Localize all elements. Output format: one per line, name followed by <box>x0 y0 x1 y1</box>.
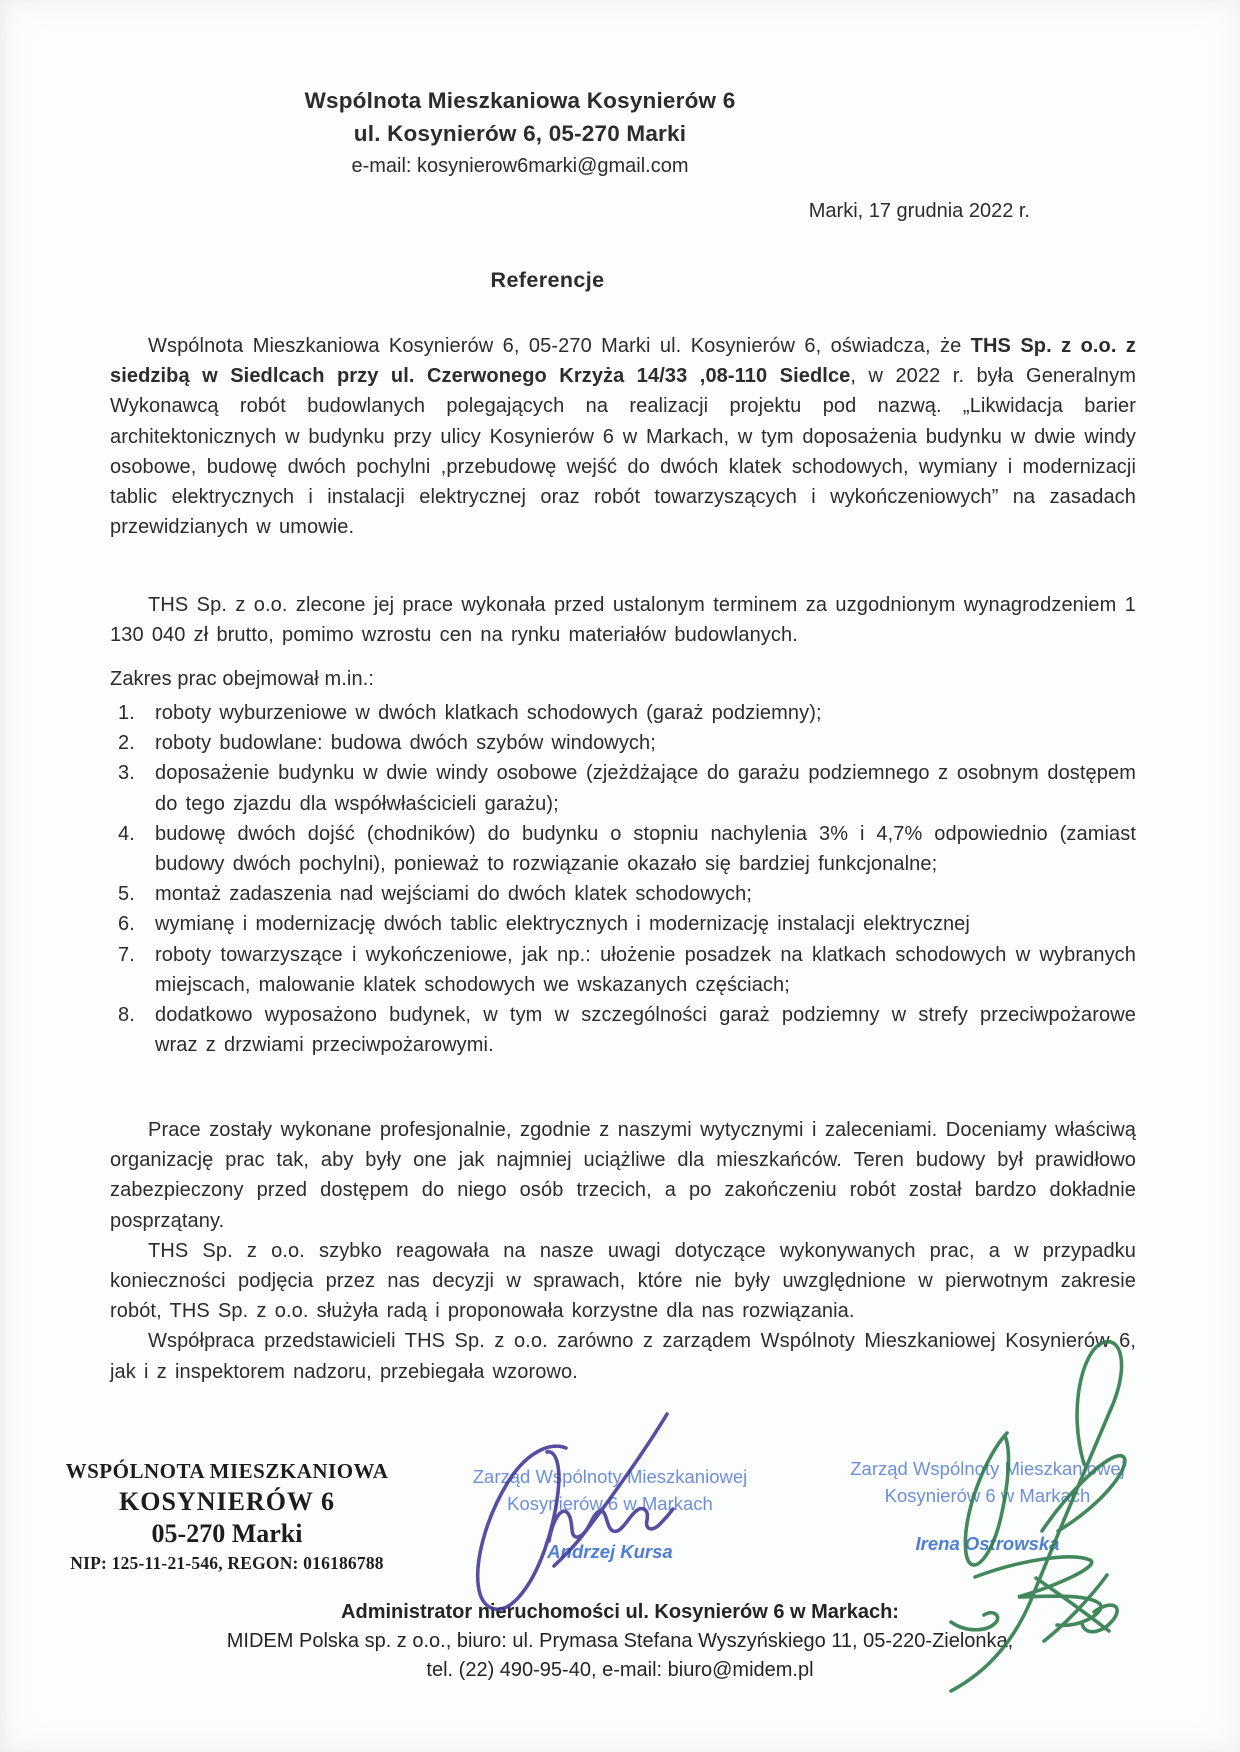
list-item-text: montaż zadaszenia nad wejściami do dwóch… <box>155 883 752 905</box>
administrator-block: Administrator nieruchomości ul. Kosynier… <box>0 1598 1240 1685</box>
list-item: 3.doposażenie budynku w dwie windy osobo… <box>110 758 1136 818</box>
administrator-company-address: MIDEM Polska sp. z o.o., biuro: ul. Prym… <box>0 1627 1240 1656</box>
community-stamp-nip-regon: NIP: 125-11-21-546, REGON: 016186788 <box>42 1550 412 1577</box>
board-member-name-irena-ostrowska: Irena Ostrowska <box>815 1530 1160 1557</box>
list-item: 4.budowę dwóch dojść (chodników) do budy… <box>110 819 1136 879</box>
board-stamp-left-line1: Zarząd Wspólnoty Mieszkaniowej <box>440 1463 780 1490</box>
document-title: Referencje <box>110 268 985 293</box>
list-item-number: 2. <box>118 728 135 758</box>
board-stamp-left-line2: Kosynierów 6 w Markach <box>440 1490 780 1517</box>
list-item-number: 1. <box>118 698 135 728</box>
administrator-heading: Administrator nieruchomości ul. Kosynier… <box>0 1598 1240 1627</box>
list-item-number: 8. <box>118 1000 135 1030</box>
board-stamp-right: Zarząd Wspólnoty Mieszkaniowej Kosynieró… <box>815 1455 1160 1557</box>
list-item: 1.roboty wyburzeniowe w dwóch klatkach s… <box>110 698 1136 728</box>
list-item: 5.montaż zadaszenia nad wejściami do dwó… <box>110 879 1136 909</box>
list-item-text: doposażenie budynku w dwie windy osobowe… <box>155 762 1136 814</box>
list-item-text: wymianę i modernizację dwóch tablic elek… <box>155 913 970 935</box>
list-item-number: 5. <box>118 879 135 909</box>
closing-paragraph-responsiveness: THS Sp. z o.o. szybko reagowała na nasze… <box>110 1236 1136 1327</box>
scope-list: 1.roboty wyburzeniowe w dwóch klatkach s… <box>110 698 1136 1060</box>
community-stamp: WSPÓLNOTA MIESZKANIOWA KOSYNIERÓW 6 05-2… <box>42 1456 412 1577</box>
list-item-text: roboty towarzyszące i wykończeniowe, jak… <box>155 944 1136 996</box>
list-item-number: 6. <box>118 909 135 939</box>
closing-paragraphs: Prace zostały wykonane profesjonalnie, z… <box>110 1115 1136 1387</box>
list-item-text: roboty budowlane: budowa dwóch szybów wi… <box>155 732 656 754</box>
community-stamp-city: 05-270 Marki <box>42 1518 412 1550</box>
list-item: 2.roboty budowlane: budowa dwóch szybów … <box>110 728 1136 758</box>
board-member-name-andrzej-kursa: Andrzej Kursa <box>440 1538 780 1565</box>
intro-text-post: , w 2022 r. była Generalnym Wykonawcą ro… <box>110 365 1136 538</box>
reference-letter-page: Wspólnota Mieszkaniowa Kosynierów 6 ul. … <box>0 0 1240 1752</box>
community-stamp-org: WSPÓLNOTA MIESZKANIOWA <box>42 1456 412 1486</box>
letterhead-org-name: Wspólnota Mieszkaniowa Kosynierów 6 <box>150 84 890 117</box>
letterhead: Wspólnota Mieszkaniowa Kosynierów 6 ul. … <box>150 84 890 182</box>
list-item-number: 3. <box>118 758 135 788</box>
list-item-number: 4. <box>118 819 135 849</box>
list-item: 8.dodatkowo wyposażono budynek, w tym w … <box>110 1000 1136 1060</box>
intro-paragraph: Wspólnota Mieszkaniowa Kosynierów 6, 05-… <box>110 331 1136 542</box>
list-item-text: roboty wyburzeniowe w dwóch klatkach sch… <box>155 702 822 724</box>
board-stamp-left: Zarząd Wspólnoty Mieszkaniowej Kosynieró… <box>440 1463 780 1565</box>
board-stamp-right-line2: Kosynierów 6 w Markach <box>815 1482 1160 1509</box>
administrator-contact: tel. (22) 490-95-40, e-mail: biuro@midem… <box>0 1656 1240 1685</box>
letterhead-email: e-mail: kosynierow6marki@gmail.com <box>150 150 890 182</box>
list-item: 7.roboty towarzyszące i wykończeniowe, j… <box>110 940 1136 1000</box>
list-item-number: 7. <box>118 940 135 970</box>
list-item-text: dodatkowo wyposażono budynek, w tym w sz… <box>155 1004 1136 1056</box>
intro-text-pre: Wspólnota Mieszkaniowa Kosynierów 6, 05-… <box>148 335 971 357</box>
letterhead-address: ul. Kosynierów 6, 05-270 Marki <box>150 117 890 150</box>
board-stamp-right-line1: Zarząd Wspólnoty Mieszkaniowej <box>815 1455 1160 1482</box>
list-item: 6.wymianę i modernizację dwóch tablic el… <box>110 909 1136 939</box>
list-item-text: budowę dwóch dojść (chodników) do budynk… <box>155 823 1136 875</box>
payment-paragraph: THS Sp. z o.o. zlecone jej prace wykonał… <box>110 590 1136 650</box>
closing-paragraph-cooperation: Współpraca przedstawicieli THS Sp. z o.o… <box>110 1326 1136 1386</box>
date-line: Marki, 17 grudnia 2022 r. <box>809 200 1030 223</box>
community-stamp-street: KOSYNIERÓW 6 <box>42 1486 412 1518</box>
closing-paragraph-quality: Prace zostały wykonane profesjonalnie, z… <box>110 1115 1136 1236</box>
scope-intro: Zakres prac obejmował m.in.: <box>110 668 374 691</box>
